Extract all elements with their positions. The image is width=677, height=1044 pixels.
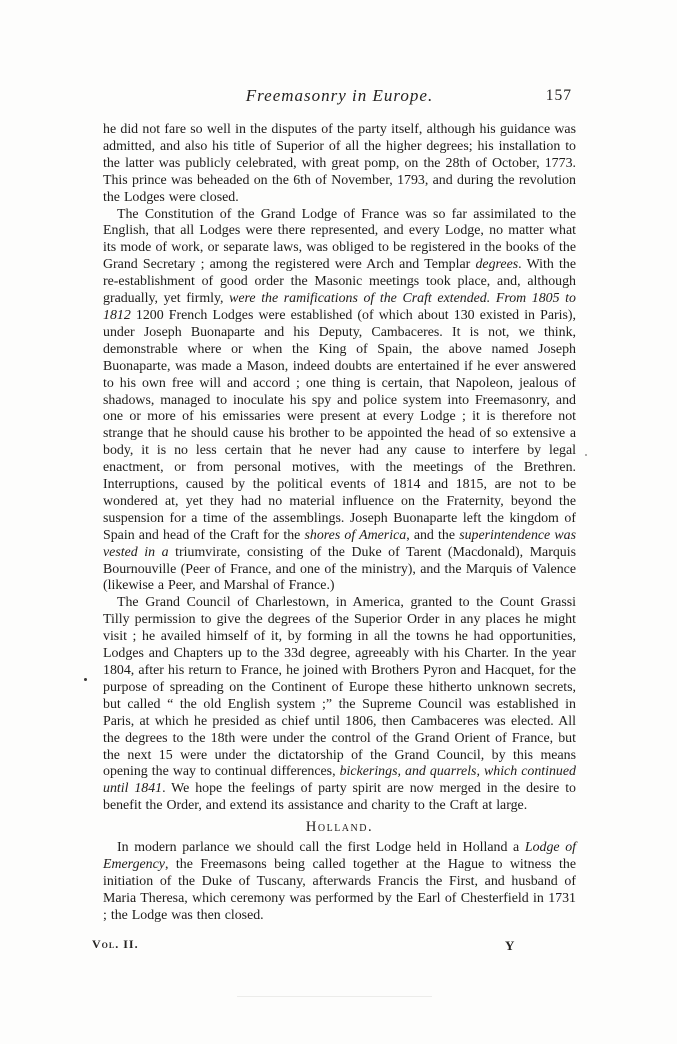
text-run: . We hope the feelings of party spirit a…	[103, 781, 576, 813]
text-run: shores of America	[304, 528, 406, 543]
page-footer: Vol. II. Y	[103, 937, 576, 955]
signature-mark: Y	[505, 938, 515, 954]
text-run: 1200 French Lodges were established (of …	[103, 308, 576, 543]
text-run: The Grand Council of Charlestown, in Ame…	[103, 595, 576, 779]
text-run: he did not fare so well in the disputes …	[103, 122, 576, 205]
scan-speck	[84, 678, 87, 681]
paragraph: he did not fare so well in the disputes …	[103, 122, 576, 207]
text-run: , and the	[406, 528, 459, 543]
volume-label: Vol. II.	[92, 937, 139, 952]
text-run: triumvirate, consisting of the Duke of T…	[103, 545, 576, 594]
text-run: In modern parlance we should call the fi…	[117, 840, 525, 855]
page-number: 157	[546, 87, 572, 105]
paragraph: The Grand Council of Charlestown, in Ame…	[103, 595, 576, 815]
paragraph: The Constitution of the Grand Lodge of F…	[103, 207, 576, 596]
scan-artifact-line	[237, 996, 432, 997]
text-run: , the Freemasons being called together a…	[103, 857, 576, 923]
text-run: degrees	[475, 257, 518, 272]
section-heading: Holland.	[103, 819, 576, 836]
running-head-title: Freemasonry in Europe.	[103, 86, 576, 106]
page-body: he did not fare so well in the disputes …	[103, 122, 576, 925]
scan-speck	[585, 454, 587, 456]
book-page: Freemasonry in Europe. 157 he did not fa…	[0, 0, 677, 1044]
paragraph: In modern parlance we should call the fi…	[103, 840, 576, 925]
page-header: Freemasonry in Europe. 157	[103, 86, 576, 110]
